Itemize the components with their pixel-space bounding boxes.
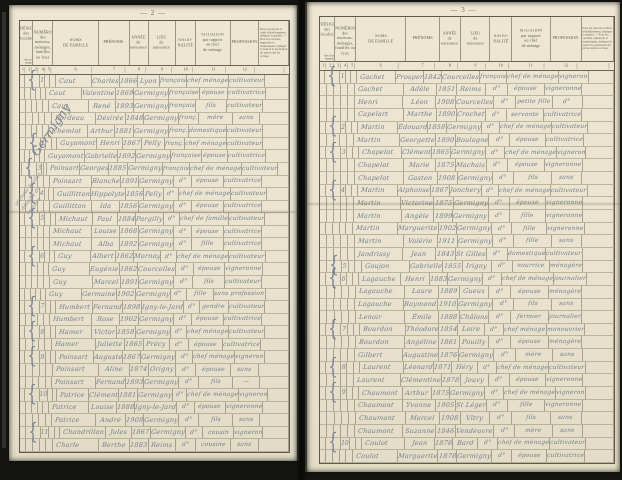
cell-prenom: Paul (93, 213, 118, 225)
cell-annee: 1851 (437, 84, 457, 96)
cell-lieu: Jouvy (461, 374, 489, 386)
cell-nat: d° (486, 147, 505, 159)
cell-sit: cousine (196, 439, 231, 451)
cell-sit: fille (187, 289, 215, 301)
handwritten-entry: Lagauche (358, 288, 392, 295)
handwritten-entry: fils (527, 301, 538, 307)
cell-prenom: Léon (403, 96, 436, 108)
cell-nom: Lagauche (355, 299, 404, 311)
cell-num3 (348, 96, 355, 108)
cell-obs (262, 176, 289, 188)
table-row: MichautAlba1892Germignyd°fillecultivatri… (20, 238, 289, 251)
handwritten-entry: Germigny (450, 390, 485, 397)
cell-obs (262, 226, 289, 238)
handwritten-entry: Gachet (360, 74, 385, 81)
handwritten-entry: chef ménage (186, 329, 228, 335)
handwritten-entry: chef ménage (193, 354, 235, 360)
handwritten-entry: 1848 (126, 115, 144, 122)
handwritten-entry: cultivateur (242, 166, 278, 172)
handwritten-entry: d° (175, 342, 183, 348)
cell-sit: épouse (189, 339, 223, 351)
table-row: CharleBerthe1883Reimsd°cousinesans (20, 439, 289, 452)
table-row: {10CoulotJean1876Bardd°chef de ménagecul… (320, 438, 614, 451)
cell-prenom: Édouard (398, 122, 429, 134)
cell-obs (260, 414, 289, 426)
handwritten-entry: cousin (207, 430, 229, 436)
cell-lieu: Loire (458, 324, 485, 336)
handwritten-entry: Clémentine (401, 377, 442, 384)
household-number: 5 (343, 263, 347, 270)
handwritten-entry: épouse (517, 453, 540, 459)
handwritten-entry: vigneron (238, 392, 267, 398)
handwritten-entry: sans (558, 415, 573, 421)
handwritten-entry: 1865 (432, 149, 450, 156)
handwritten-entry: Marcel (410, 415, 435, 422)
handwritten-entry: d° (492, 112, 500, 118)
cell-lieu: Jonchery (450, 185, 482, 197)
column-header: SITUATIONpar rapportau chefde ménage (512, 17, 550, 61)
cell-prof: cultivateur (551, 185, 587, 197)
handwritten-entry: sans (560, 428, 575, 434)
cell-nat: français (480, 71, 507, 83)
cell-num2 (341, 400, 348, 412)
table-row: {7HumbertFernand1898Igny-le-Jardd°gendre… (20, 301, 289, 314)
handwritten-entry: vigneronne (545, 402, 582, 408)
cell-obs (278, 163, 289, 175)
handwritten-entry: Germigny (150, 429, 185, 436)
handwritten-entry: épouse (196, 178, 219, 184)
handwritten-entry: 1888 (440, 314, 458, 321)
handwritten-entry: 1892 (120, 241, 138, 248)
cell-annee: 1848 (126, 113, 144, 125)
handwritten-entry: d° (174, 329, 182, 335)
handwritten-entry: cultivatrice (545, 137, 583, 143)
cell-nom: Henri (355, 96, 404, 108)
cell-prenom: Yvonne (403, 400, 436, 412)
cell-sit: épouse (510, 134, 546, 146)
table-row: MartinValérie1911Germignyd°fillesans (320, 235, 614, 248)
cell-annee: 1881 (119, 389, 137, 401)
handwritten-entry: Germigny (457, 175, 492, 182)
handwritten-entry: Caut (58, 78, 75, 85)
paper-crease (307, 202, 620, 206)
handwritten-entry: sans (239, 417, 254, 423)
cell-prof: vigneronne (546, 210, 583, 222)
handwritten-entry: vigneron (556, 390, 585, 396)
handwritten-entry: 1871 (433, 364, 451, 371)
handwritten-entry: Clément (89, 392, 119, 399)
handwritten-entry: Patrice (54, 417, 79, 424)
handwritten-entry: Alba (97, 241, 113, 248)
table-row: {2GuyomontHenri1867Pellyfranç.chef ménag… (20, 138, 289, 151)
handwritten-entry: Albert (92, 253, 114, 260)
handwritten-entry: 1867 (123, 140, 141, 147)
handwritten-entry: Germigny (448, 276, 483, 283)
handwritten-entry: Paul (97, 216, 113, 223)
handwritten-entry: Lagauche (362, 276, 396, 283)
handwritten-entry: Michaut (53, 228, 82, 235)
cell-prenom: Marguerite (398, 450, 438, 462)
handwritten-entry: épouse (196, 203, 219, 209)
cell-num2 (342, 336, 349, 348)
cell-lieu: Crochet (457, 109, 486, 121)
handwritten-entry: Guyomont (48, 153, 84, 160)
handwritten-entry: Bard (456, 440, 473, 447)
handwritten-entry: Germigny (457, 453, 492, 460)
cell-prenom: Berthe (99, 439, 130, 451)
register-page-left: — 2 — Germigny premier feuilletdétaché d… (9, 5, 299, 461)
household-number: 9 (41, 354, 45, 361)
handwritten-entry: d° (495, 314, 503, 320)
table-row: {5MichautPaul1884Pargillyd°chef de famil… (20, 213, 289, 226)
handwritten-entry: Lenoir (358, 314, 381, 321)
cell-prof: cultivateur (231, 188, 267, 200)
cell-prof: sans (233, 414, 260, 426)
handwritten-entry: Bourdon (358, 339, 388, 346)
column-header: ANNÉEdenaissance (440, 17, 461, 61)
cell-sit: gendre (200, 301, 229, 313)
handwritten-entry: d° (190, 430, 198, 436)
handwritten-entry: René (93, 103, 111, 110)
handwritten-entry: 1892 (117, 153, 135, 160)
handwritten-entry: Arthur (89, 128, 113, 135)
handwritten-entry: Germigny (144, 417, 179, 424)
cell-sit: domestique (508, 248, 546, 260)
household-number: 8 (40, 329, 44, 336)
handwritten-entry: cousine (200, 442, 225, 448)
cell-num3 (355, 261, 362, 273)
handwritten-entry: 1911 (438, 238, 456, 245)
handwritten-entry: d° (486, 124, 494, 130)
cell-nom: Guyomont (45, 150, 84, 162)
cell-annee: 1861 (439, 336, 459, 348)
cell-nat: d° (179, 377, 199, 389)
cell-des2: { (26, 427, 41, 439)
cell-lieu: Germigny (448, 273, 483, 285)
cell-lieu: Germigny (139, 314, 174, 326)
cell-prenom: Rose (92, 314, 120, 326)
cell-prenom: Alba (92, 238, 120, 250)
handwritten-entry: d° (491, 150, 499, 156)
cell-prof: sans profession (214, 289, 265, 301)
cell-num2 (341, 425, 348, 437)
handwritten-entry: Arthur (405, 390, 429, 397)
cell-num2 (342, 286, 349, 298)
handwritten-entry: Germigny (137, 392, 172, 399)
cell-nat: français (163, 163, 190, 175)
handwritten-entry: Henri (357, 99, 378, 106)
cell-annee: 1884 (118, 213, 136, 225)
cell-des2: { (25, 389, 40, 401)
handwritten-entry: 1874 (130, 366, 148, 373)
household-number: 1 (40, 77, 44, 84)
cell-prof: sans (552, 235, 582, 247)
handwritten-entry: Gaston (408, 175, 433, 182)
cell-des1 (320, 172, 327, 184)
household-number: 9 (342, 389, 346, 396)
table-header: DÉSIGNATIONdes localitésdes écarts, hame… (320, 17, 614, 62)
handwritten-entry: 1884 (117, 216, 135, 223)
table-row: ChaumontYvonne1905St Légerd°fillevignero… (320, 400, 614, 413)
cell-annee: 1867 (123, 138, 141, 150)
cell-num2 (340, 134, 347, 146)
cell-nat: d° (483, 273, 502, 285)
cell-prenom: Marie (404, 159, 437, 171)
handwritten-entry: André (100, 417, 122, 424)
cell-des2: { (326, 438, 341, 450)
handwritten-entry: chef de ménage (504, 390, 556, 396)
cell-sit: épouse (511, 286, 549, 298)
cell-num3 (348, 425, 355, 437)
handwritten-entry: sans (559, 238, 574, 244)
cell-nom: Guy (55, 251, 91, 263)
cell-prenom: Clément (402, 147, 432, 159)
handwritten-entry: chef ménage (187, 78, 229, 84)
cell-annee: 1883 (130, 439, 149, 451)
handwritten-entry: Reims (151, 442, 173, 449)
cell-prof: cultivateur (227, 100, 263, 112)
table-row: GachetAdèle1851Reimsd°épousevigneronne (320, 84, 614, 97)
handwritten-entry: Eugénie (90, 266, 119, 273)
handwritten-entry: d° (174, 291, 182, 297)
cell-lieu: Bard (453, 438, 478, 450)
cell-annee: 1883 (430, 273, 448, 285)
cell-nat: d° (487, 400, 508, 412)
handwritten-entry: Georges (79, 165, 108, 172)
handwritten-entry: 1861 (440, 339, 458, 346)
handwritten-entry: 1908 (437, 99, 455, 106)
handwritten-entry: d° (181, 404, 189, 410)
cell-nom: Caut (56, 75, 93, 87)
column-header: LIEUdenaissance (461, 17, 490, 61)
cell-lieu: Germigny (457, 450, 492, 462)
cell-nat: d° (489, 134, 510, 146)
handwritten-entry: chef de ménage (497, 365, 549, 371)
handwritten-entry: Germigny (457, 225, 492, 232)
handwritten-entry: 1858 (117, 329, 135, 336)
cell-num2 (341, 248, 348, 260)
page-number-right: — 3 — (307, 6, 620, 14)
handwritten-entry: Marguerite (398, 453, 438, 460)
cell-lieu: Germigny (151, 427, 186, 439)
cell-prof: vigneronne (545, 159, 582, 171)
cell-prof: cultivatrice (547, 450, 585, 462)
cell-obs (263, 402, 289, 414)
handwritten-entry: Poinsart (56, 366, 86, 373)
handwritten-entry: vigneron (556, 150, 585, 156)
cell-nom: Poinsart (56, 351, 94, 363)
handwritten-entry: 1875 (432, 390, 450, 397)
cell-des1 (320, 84, 327, 96)
column-numbers: 123456789101112 (20, 66, 289, 75)
cell-sit: chef de ménage (177, 251, 229, 263)
cell-lieu: Pelly (142, 138, 165, 150)
cell-lieu: St Gilles (456, 248, 487, 260)
column-header: ANNÉEdenaissance (130, 21, 149, 65)
handwritten-entry: Igny-le-Jard (141, 304, 183, 311)
table-row: LaurentClémentine1878Jouvyd°épousevigner… (320, 374, 614, 387)
cell-lieu: Vitry (461, 412, 490, 424)
cell-sit: chef ménage (185, 138, 227, 150)
handwritten-entry: d° (486, 188, 494, 194)
cell-obs (263, 138, 289, 150)
cell-lieu: Pargilly (136, 213, 164, 225)
handwritten-entry: d° (185, 417, 193, 423)
handwritten-entry: Germigny (134, 90, 169, 97)
cell-nom: Coulot (353, 450, 398, 462)
cell-sit: mère (199, 113, 233, 125)
handwritten-entry: vigneronne (545, 86, 582, 92)
cell-obs (583, 374, 614, 386)
cell-num2 (341, 374, 348, 386)
handwritten-entry: Vitry (466, 415, 484, 422)
table-body: {1CautCharles1866Lyonfrançaischef ménage… (20, 75, 289, 452)
cell-annee: 1893 (116, 100, 134, 112)
cell-prenom: André (96, 414, 126, 426)
handwritten-entry: chef de ménage (497, 440, 549, 446)
cell-nom: Guy (46, 289, 82, 301)
handwritten-entry: d° (180, 354, 188, 360)
handwritten-entry: d° (187, 304, 195, 310)
cell-num3 (349, 286, 356, 298)
handwritten-entry: Laurent (362, 364, 390, 371)
handwritten-entry: Marie (409, 162, 430, 169)
cell-nat: d° (176, 364, 196, 376)
cell-nom: Martin (358, 122, 398, 134)
cell-prenom: Angèle (402, 210, 434, 222)
cell-nat: d° (170, 339, 189, 351)
cell-obs (263, 263, 289, 275)
cell-obs (583, 96, 614, 108)
cell-obs (260, 113, 289, 125)
cell-des2 (327, 412, 335, 424)
cell-num3 (348, 172, 355, 184)
cell-prenom: Charles (92, 75, 120, 87)
handwritten-entry: 1902 (117, 291, 135, 298)
cell-prenom: Désirée (96, 113, 126, 125)
handwritten-entry: Clément (402, 149, 432, 156)
cell-lieu: Origny (149, 364, 176, 376)
handwritten-entry: Charles (92, 78, 119, 85)
cell-prenom: Marthe (404, 109, 437, 121)
cell-annee: 1876 (435, 438, 453, 450)
handwritten-entry: Pargilly (136, 216, 163, 223)
cell-lieu: Igny-le-Jard (135, 402, 177, 414)
cell-prof: cultivatrice (224, 238, 262, 250)
handwritten-entry: française (169, 90, 199, 96)
cell-des2: { (25, 301, 40, 313)
handwritten-entry: 1851 (438, 86, 456, 93)
handwritten-entry: Germigny (457, 238, 492, 245)
cell-obs (262, 276, 289, 288)
handwritten-entry: Gueux (462, 288, 485, 295)
handwritten-entry: Guy (58, 253, 72, 260)
cell-nat: française (171, 150, 202, 162)
cell-annee: 1910 (438, 299, 458, 311)
cell-obs (582, 84, 614, 96)
handwritten-entry: Héry (455, 364, 473, 371)
cell-sit: épouse (202, 150, 229, 162)
cell-sit: fermier (511, 311, 549, 323)
cell-prenom: Augustine (403, 349, 439, 361)
handwritten-entry: Germigny (459, 352, 494, 359)
cell-sit: fille (508, 400, 545, 412)
cell-prof: vigneronne (225, 263, 262, 275)
handwritten-entry: d° (498, 263, 506, 269)
cell-obs (583, 248, 614, 260)
handwritten-entry: Prosper (395, 74, 423, 81)
handwritten-entry: Martin (355, 225, 379, 232)
cell-nom: Poinsart (52, 377, 96, 389)
handwritten-entry: Jandrissy (357, 251, 390, 258)
handwritten-entry: Germigny (133, 128, 168, 135)
cell-prof: journalier (554, 273, 587, 285)
cell-obs (262, 314, 289, 326)
cell-obs (583, 210, 614, 222)
cell-nom: Patrice (52, 414, 96, 426)
handwritten-entry: chef ménage (504, 327, 546, 333)
cell-obs (582, 235, 614, 247)
handwritten-entry: d° (178, 229, 186, 235)
cell-sit: mère (515, 425, 552, 437)
cell-num1 (335, 412, 342, 424)
table-row: {8LaurentLéonard1871Héryd°chef de ménage… (320, 362, 614, 375)
cell-prof: vigneron (235, 351, 265, 363)
handwritten-entry: 1866 (120, 78, 138, 85)
cell-nom: Poinsart (53, 364, 99, 376)
table-row: MartinAngèle1899Germignyd°fillevigneronn… (320, 210, 614, 223)
cell-lieu: Germigny (139, 176, 174, 188)
cell-annee: 1868 (120, 226, 138, 238)
handwritten-entry: chef de ménage (179, 191, 231, 197)
handwritten-entry: cultivatrice (224, 178, 262, 184)
table-row: {9ChaumontArthur1875Germignyd°chef de mé… (320, 387, 614, 400)
cell-prenom: Georges (80, 163, 110, 175)
column-header: NOMSDE FAMILLE (356, 17, 406, 61)
handwritten-entry: Édouard (398, 124, 428, 131)
handwritten-entry: ménagère (549, 263, 582, 269)
cell-obs (586, 438, 614, 450)
cell-lieu: Germigny (139, 238, 174, 250)
handwritten-entry: d° (498, 453, 506, 459)
cell-prenom: Arthur (403, 387, 432, 399)
handwritten-entry: chef de ménage (499, 188, 551, 194)
handwritten-entry: 1908 (438, 175, 456, 182)
cell-num1 (334, 235, 341, 247)
cell-lieu: Machais (456, 159, 486, 171)
cell-annee: 1867 (123, 351, 141, 363)
handwritten-entry: épouse (518, 289, 541, 295)
handwritten-entry: cultivatrice (228, 153, 266, 159)
handwritten-entry: 1867 (431, 187, 449, 194)
handwritten-entry: d° (497, 415, 505, 421)
cell-nat: d° (485, 387, 504, 399)
handwritten-entry: d° (499, 238, 507, 244)
handwritten-entry: Adèle (410, 86, 430, 93)
handwritten-entry: Léonard (403, 364, 432, 371)
cell-des2: { (326, 362, 341, 374)
handwritten-entry: Machais (456, 162, 486, 169)
cell-prof: cultivateur (229, 326, 265, 338)
handwritten-entry: cultivatrice (224, 316, 262, 322)
table-row: ChapelotGaston1908Germignyd°filssans (320, 172, 614, 185)
handwritten-entry: d° (167, 191, 175, 197)
cell-sit: domestique (189, 125, 227, 137)
cell-lieu: Germigny (138, 389, 173, 401)
cell-des2: { (25, 75, 40, 87)
handwritten-entry: Irigny (466, 263, 488, 270)
handwritten-entry: cultivateur (229, 329, 265, 335)
